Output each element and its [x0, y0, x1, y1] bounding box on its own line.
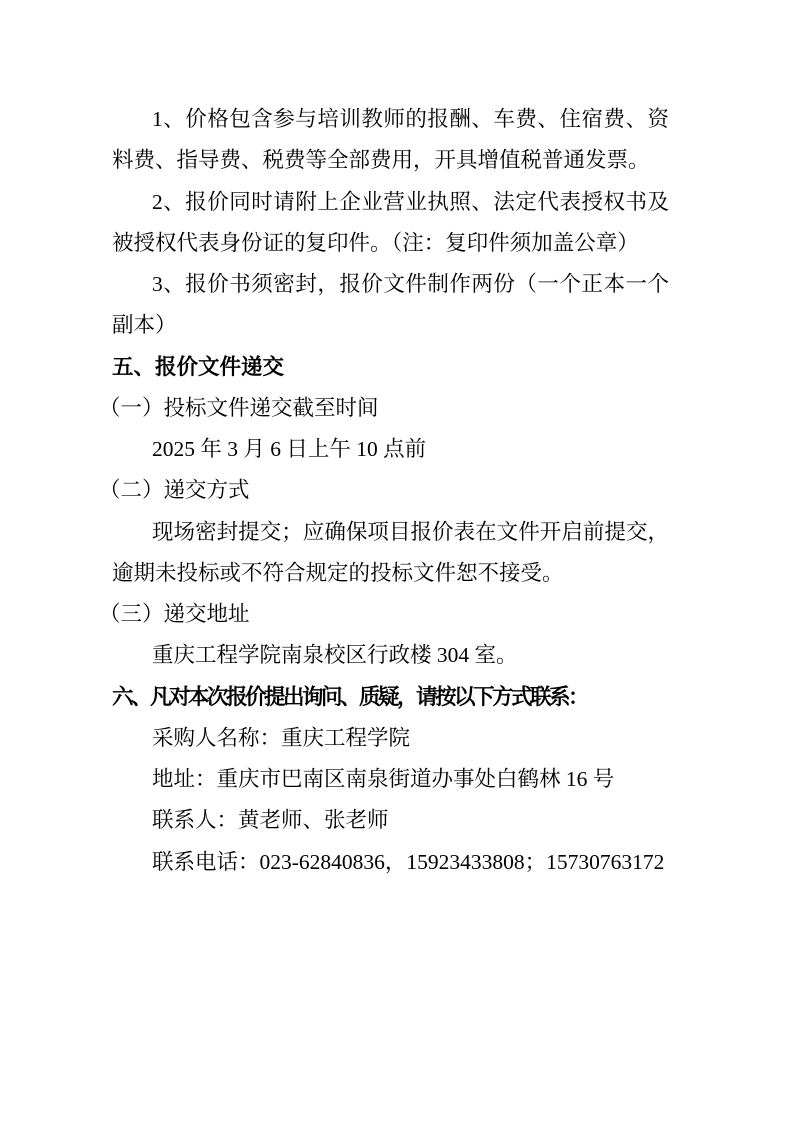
contact-person: 联系人：黄老师、张老师 — [112, 800, 669, 841]
clause-1-line-1: 1、价格包含参与培训教师的报酬、车费、住宿费、资 — [112, 99, 669, 140]
contact-phone: 联系电话：023-62840836，15923433808；1573076317… — [112, 842, 669, 883]
clause-3-line-1: 3、报价书须密封，报价文件制作两份（一个正本一个 — [112, 264, 669, 305]
clause-3-line-2: 副本） — [112, 305, 669, 346]
section-5-item-2-label: （二）递交方式 — [99, 470, 669, 511]
section-5-heading: 五、报价文件递交 — [112, 347, 669, 388]
section-5-item-3-label: （三）递交地址 — [99, 594, 669, 635]
purchaser-address: 地址：重庆市巴南区南泉街道办事处白鹤林 16 号 — [112, 759, 669, 800]
section-5-item-1-label: （一）投标文件递交截至时间 — [99, 388, 669, 429]
submission-method-line-1: 现场密封提交；应确保项目报价表在文件开启前提交， — [112, 512, 669, 553]
purchaser-name: 采购人名称：重庆工程学院 — [112, 718, 669, 759]
clause-2-line-2: 被授权代表身份证的复印件。（注：复印件须加盖公章） — [112, 223, 669, 264]
section-6-heading: 六、凡对本次报价提出询问、质疑，请按以下方式联系： — [112, 677, 669, 718]
submission-method-line-2: 逾期未投标或不符合规定的投标文件恕不接受。 — [112, 553, 669, 594]
document-page: 1、价格包含参与培训教师的报酬、车费、住宿费、资 料费、指导费、税费等全部费用，… — [0, 0, 794, 1122]
clause-1-line-2: 料费、指导费、税费等全部费用，开具增值税普通发票。 — [112, 140, 669, 181]
submission-address: 重庆工程学院南泉校区行政楼 304 室。 — [112, 635, 669, 676]
submission-deadline: 2025 年 3 月 6 日上午 10 点前 — [112, 429, 669, 470]
document-content: 1、价格包含参与培训教师的报酬、车费、住宿费、资 料费、指导费、税费等全部费用，… — [112, 99, 669, 883]
clause-2-line-1: 2、报价同时请附上企业营业执照、法定代表授权书及 — [112, 182, 669, 223]
